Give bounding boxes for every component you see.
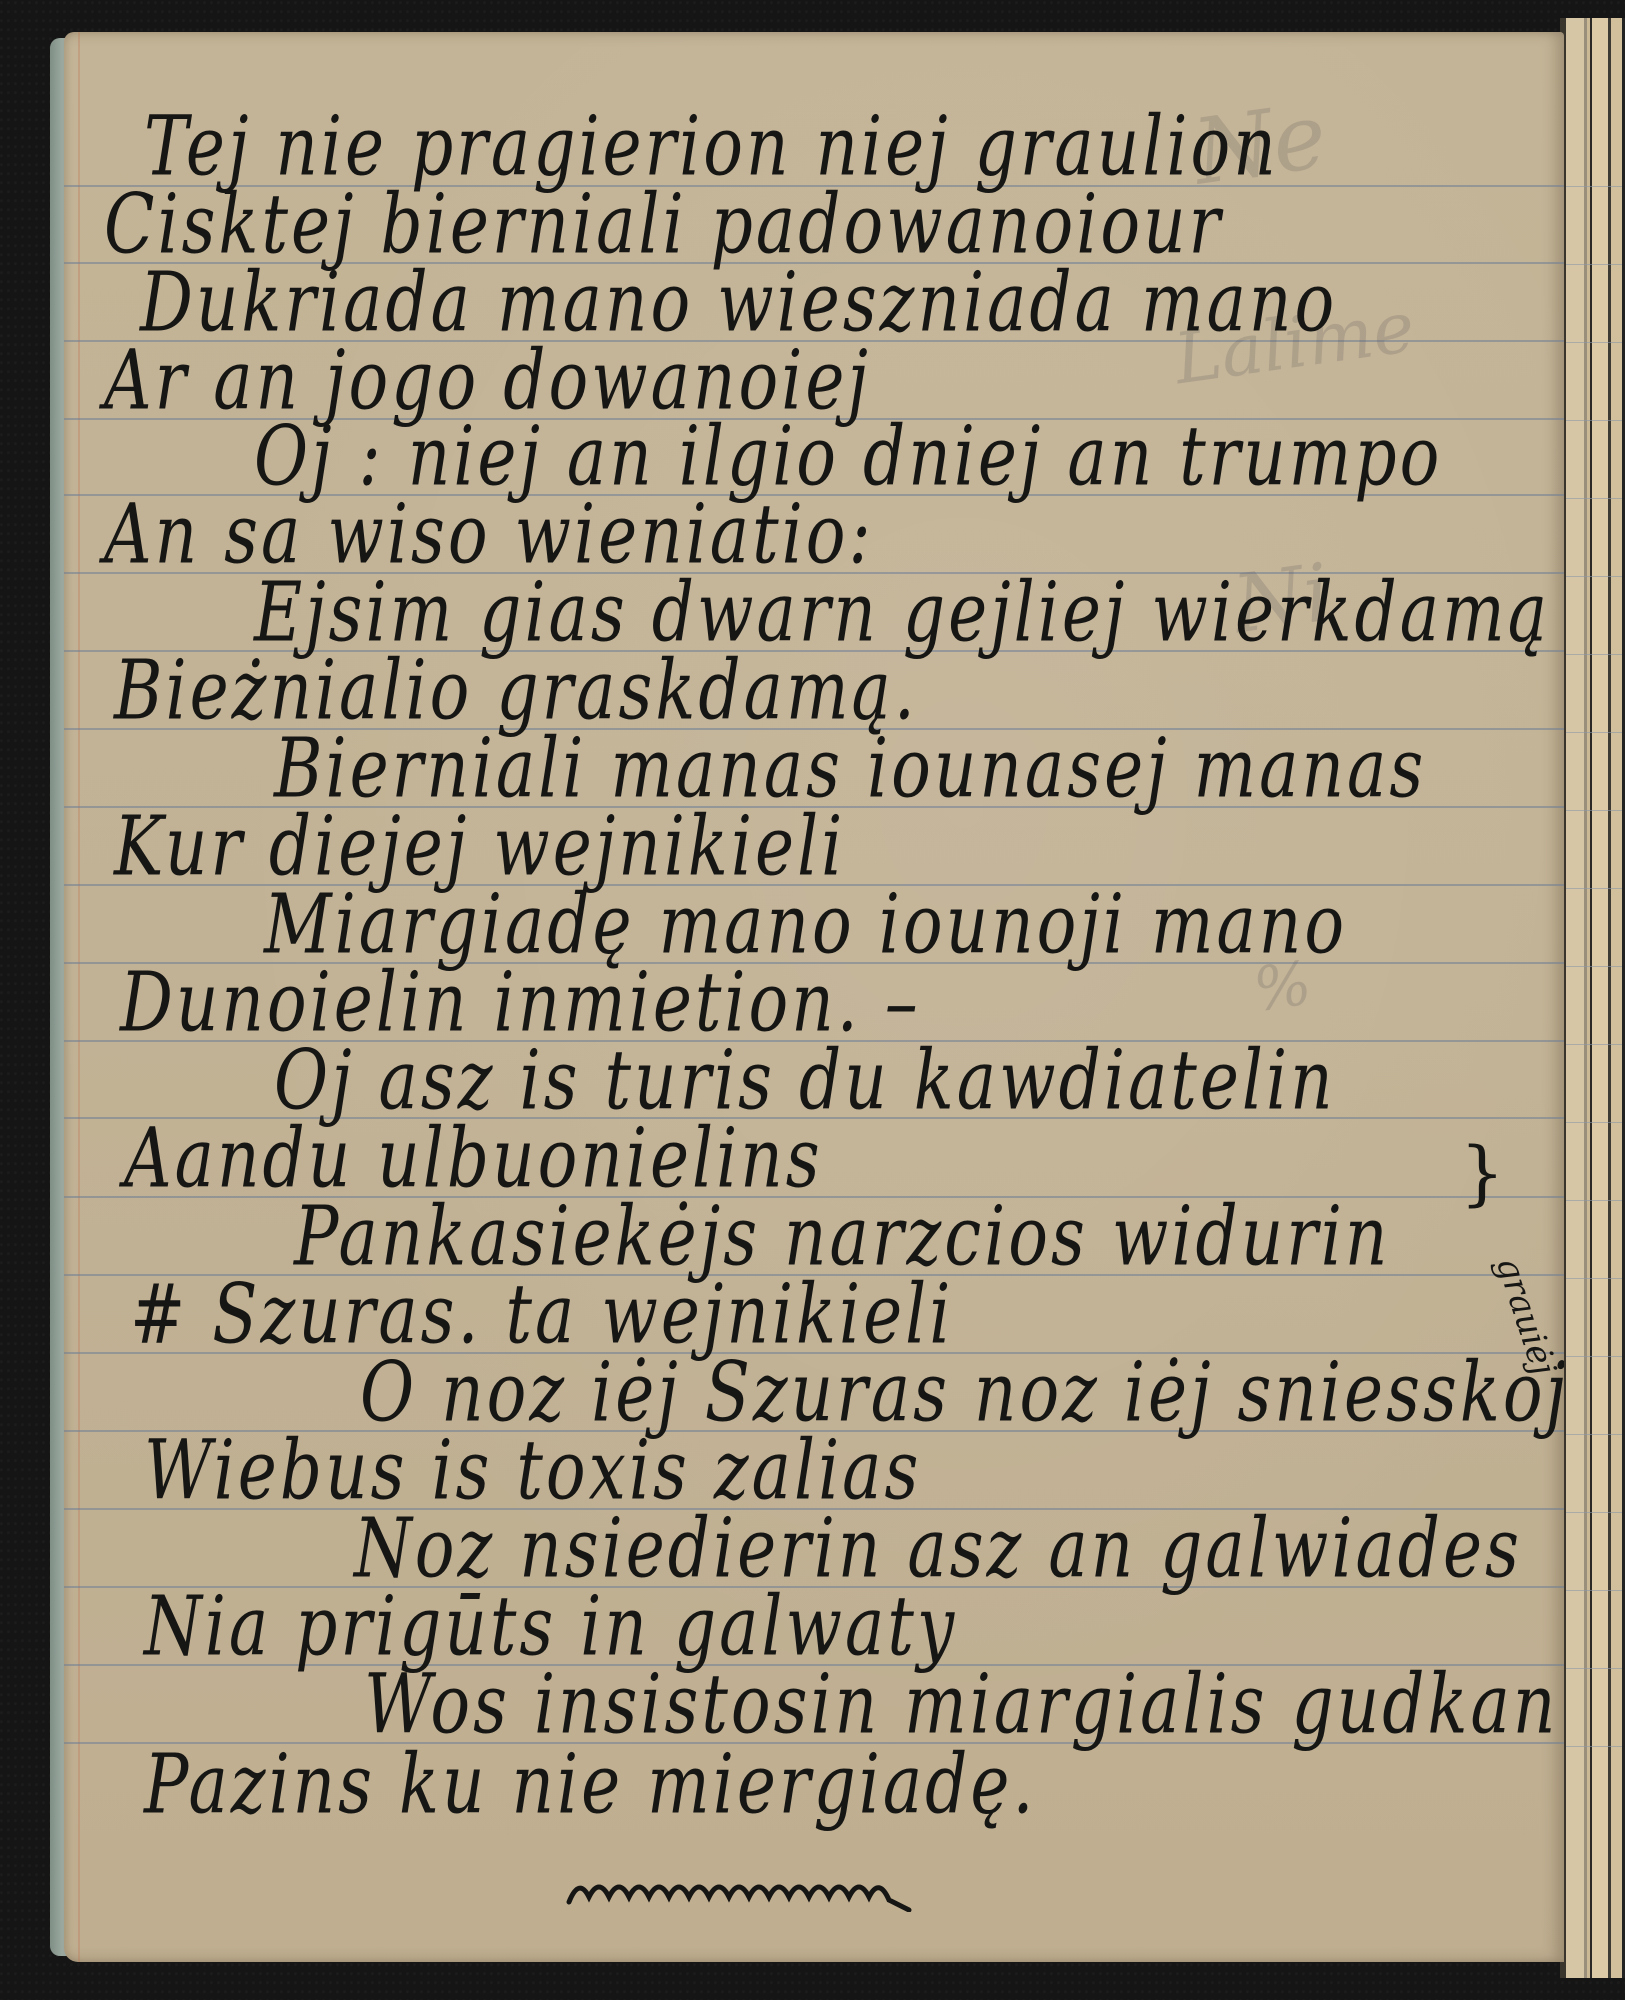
handwritten-line-22: Pazins ku nie miergiadę. (144, 1744, 1036, 1827)
page-margin-line (78, 32, 80, 1962)
handwritten-line-21: Wos insistosin miargialis gudkan (364, 1664, 1558, 1747)
notebook-page: Ne Lalime Ni % Tej nie pragierion niej g… (64, 32, 1564, 1962)
notebook-page-stack (1560, 18, 1625, 1978)
brace-mark: } (1460, 1132, 1505, 1214)
closing-flourish-icon (564, 1872, 984, 1912)
